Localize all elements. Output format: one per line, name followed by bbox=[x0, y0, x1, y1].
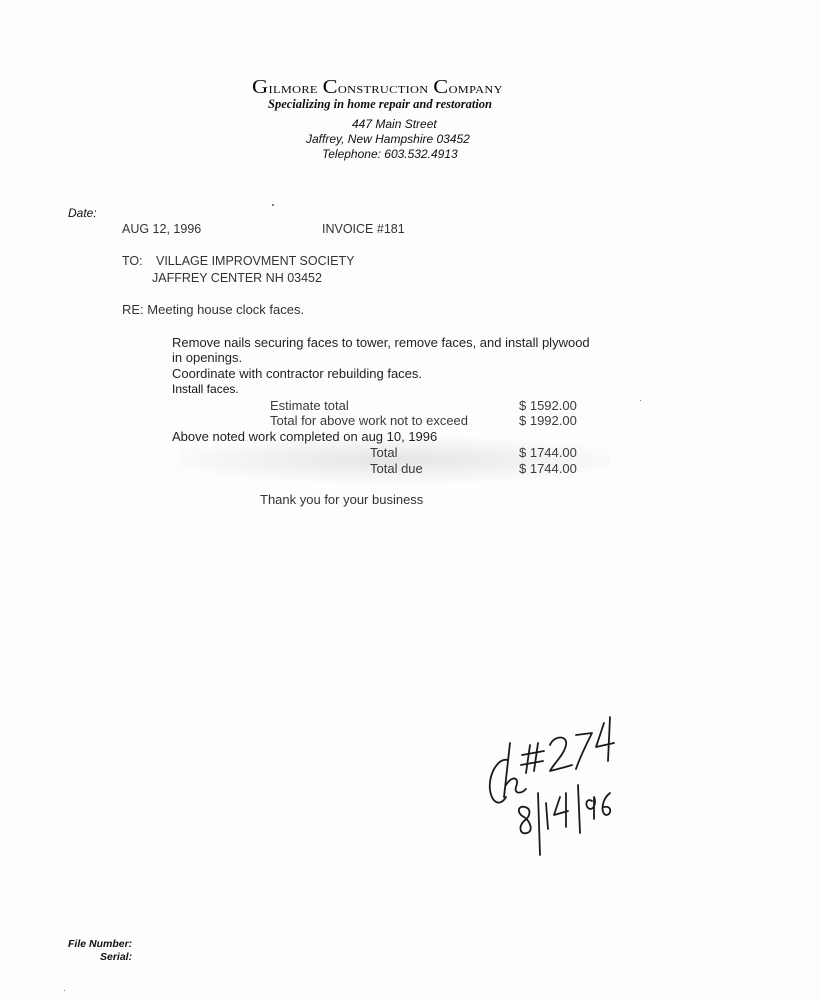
invoice-number: INVOICE #181 bbox=[322, 222, 405, 236]
total-label: Total bbox=[370, 445, 397, 460]
date-label: Date: bbox=[68, 206, 97, 220]
company-name: Gilmore Construction Company bbox=[252, 76, 503, 99]
total-due-amount: $ 1744.00 bbox=[519, 461, 577, 476]
company-name-initial: C bbox=[323, 76, 338, 98]
estimate-amount: $ 1592.00 bbox=[519, 398, 577, 413]
scan-speck bbox=[640, 400, 641, 401]
work-description-line: Install faces. bbox=[172, 382, 239, 396]
recipient-city: JAFFREY CENTER NH 03452 bbox=[152, 271, 322, 285]
company-name-initial: G bbox=[252, 76, 269, 98]
company-phone: Telephone: 603.532.4913 bbox=[322, 147, 458, 161]
company-name-part: ompany bbox=[449, 80, 503, 97]
invoice-page: Gilmore Construction Company Specializin… bbox=[0, 0, 820, 1000]
serial-label: Serial: bbox=[100, 951, 132, 963]
company-tagline: Specializing in home repair and restorat… bbox=[268, 97, 492, 112]
subject-line: RE: Meeting house clock faces. bbox=[122, 302, 304, 317]
work-description-line: Remove nails securing faces to tower, re… bbox=[172, 335, 590, 350]
not-to-exceed-amount: $ 1992.00 bbox=[519, 413, 577, 428]
company-name-initial: C bbox=[433, 76, 448, 98]
invoice-date: AUG 12, 1996 bbox=[122, 222, 201, 236]
completion-note: Above noted work completed on aug 10, 19… bbox=[172, 429, 437, 444]
file-number-label: File Number: bbox=[68, 938, 132, 950]
handwritten-check-strokes bbox=[480, 705, 650, 870]
handwritten-check-note bbox=[480, 705, 650, 870]
work-description-line: Coordinate with contractor rebuilding fa… bbox=[172, 366, 422, 381]
total-amount: $ 1744.00 bbox=[519, 445, 577, 460]
total-due-label: Total due bbox=[370, 461, 423, 476]
to-label: TO: bbox=[122, 254, 143, 268]
scan-speck bbox=[272, 204, 274, 206]
company-city: Jaffrey, New Hampshire 03452 bbox=[306, 132, 470, 146]
not-to-exceed-label: Total for above work not to exceed bbox=[270, 413, 468, 428]
recipient-name: VILLAGE IMPROVMENT SOCIETY bbox=[156, 254, 354, 268]
thank-you-note: Thank you for your business bbox=[260, 492, 423, 507]
company-name-part: onstruction bbox=[338, 80, 433, 97]
company-street: 447 Main Street bbox=[352, 117, 437, 131]
company-name-part: ilmore bbox=[269, 80, 323, 97]
scan-speck bbox=[64, 990, 65, 991]
work-description-line: in openings. bbox=[172, 350, 242, 365]
estimate-label: Estimate total bbox=[270, 398, 349, 413]
